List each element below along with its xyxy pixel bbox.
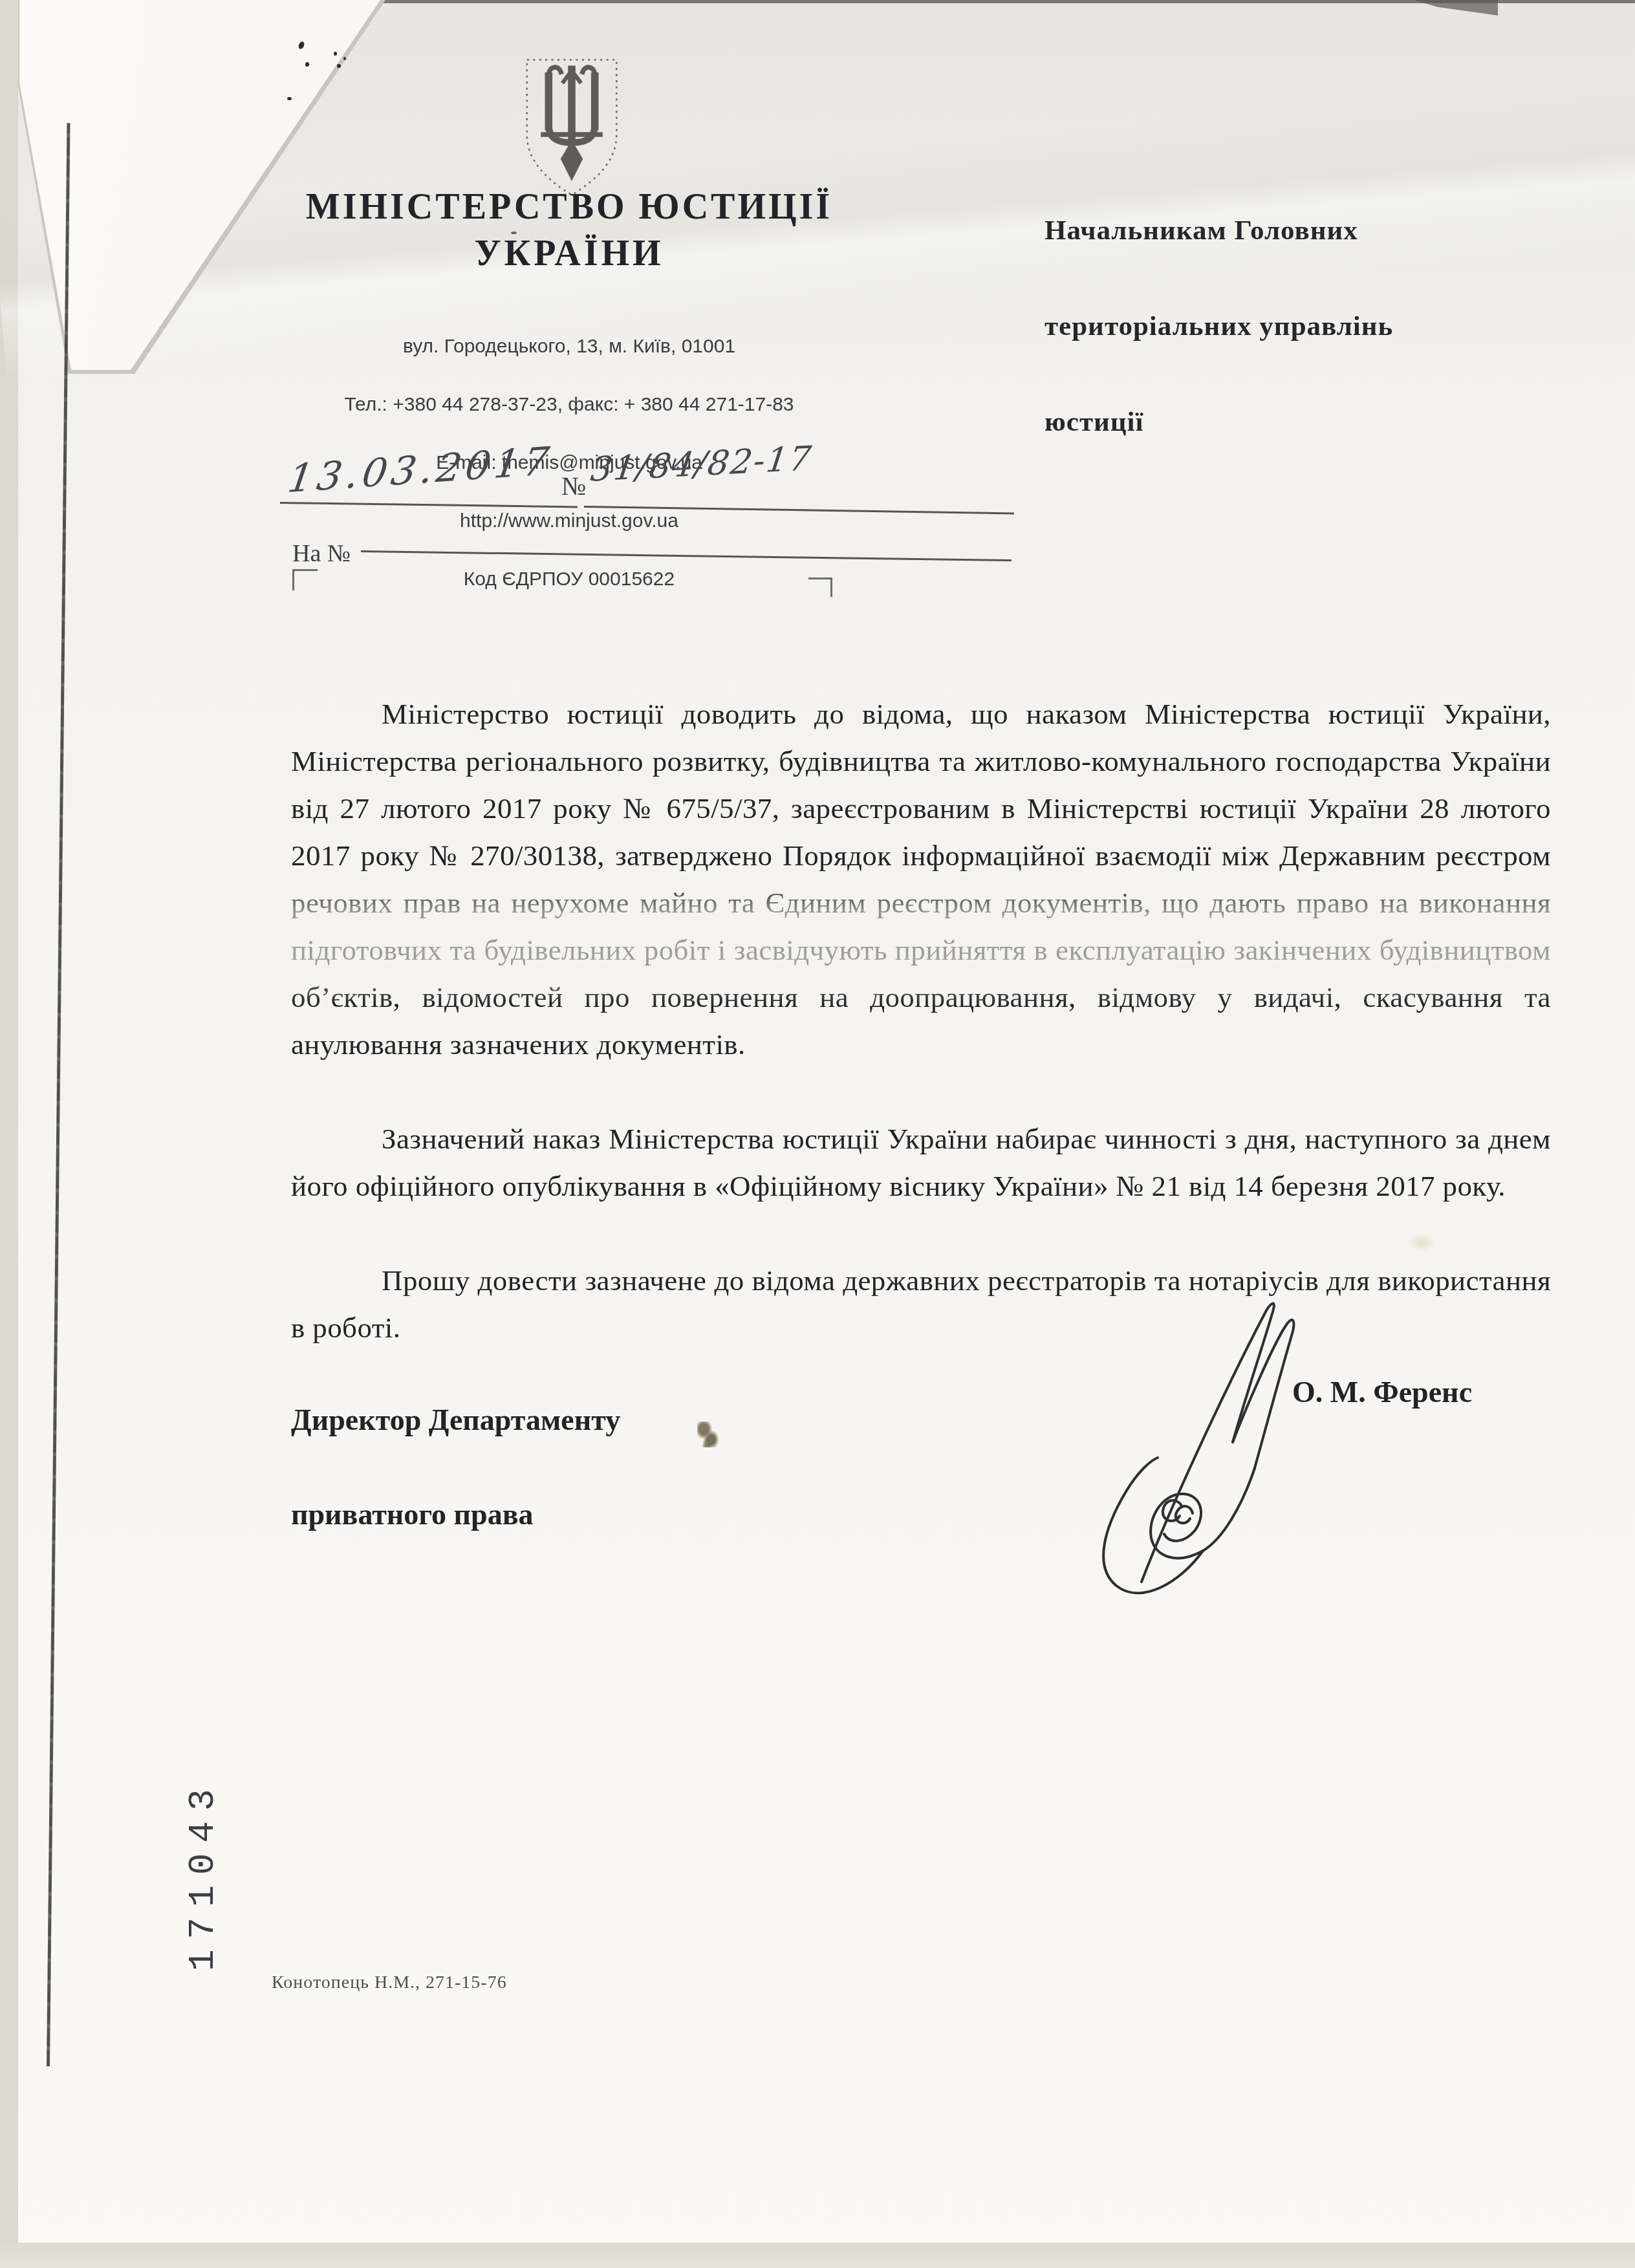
- handwritten-signature: [1079, 1279, 1363, 1619]
- signatory-title-line: приватного права: [291, 1491, 620, 1538]
- signatory-title: Директор Департаменту приватного права: [291, 1349, 620, 1585]
- address-corner-mark-left: [292, 569, 318, 590]
- signatory-name: О. М. Ференс: [1292, 1375, 1472, 1409]
- ministry-name-line2: УКРАЇНИ: [272, 233, 867, 274]
- address-corner-mark-right: [808, 578, 832, 597]
- ministry-phone-fax: Тел.: +380 44 278-37-23, факс: + 380 44 …: [259, 390, 880, 419]
- ink-speck: [337, 64, 341, 68]
- scan-bottom-edge: [0, 2243, 1635, 2268]
- scanned-letter-page: МІНІСТЕРСТВО ЮСТИЦІЇ УКРАЇНИ вул. Городе…: [0, 0, 1635, 2268]
- signatory-title-line: Директор Департаменту: [291, 1396, 620, 1443]
- ink-speck: [511, 232, 517, 234]
- number-sign: №: [561, 471, 586, 501]
- body-paragraph: Міністерство юстиції доводить до відома,…: [291, 691, 1551, 1068]
- recipient-block: Начальникам Головних територіальних упра…: [1045, 159, 1510, 494]
- ink-smudge: [697, 1421, 719, 1447]
- paper-stain: [1407, 1233, 1436, 1252]
- incoming-ref-label: На №: [292, 539, 351, 568]
- ink-speck: [343, 57, 346, 60]
- ministry-edrpou-code: Код ЄДРПОУ 00015622: [259, 565, 880, 594]
- registration-stamp-number: 171043: [182, 1778, 224, 1971]
- ink-speck: [287, 97, 292, 100]
- ministry-name: МІНІСТЕРСТВО ЮСТИЦІЇ: [272, 186, 867, 228]
- executor-note: Конотопець Н.М., 271-15-76: [272, 1972, 507, 1993]
- recipient-line: територіальних управлінь: [1045, 303, 1510, 351]
- recipient-line: юстиції: [1045, 398, 1510, 446]
- ink-speck: [334, 52, 337, 56]
- recipient-line: Начальникам Головних: [1045, 207, 1510, 255]
- body-paragraph: Зазначений наказ Міністерства юстиції Ук…: [291, 1116, 1551, 1210]
- ministry-address: вул. Городецького, 13, м. Київ, 01001: [259, 332, 880, 361]
- ukraine-trident-icon: [517, 56, 626, 204]
- ink-speck: [305, 62, 309, 67]
